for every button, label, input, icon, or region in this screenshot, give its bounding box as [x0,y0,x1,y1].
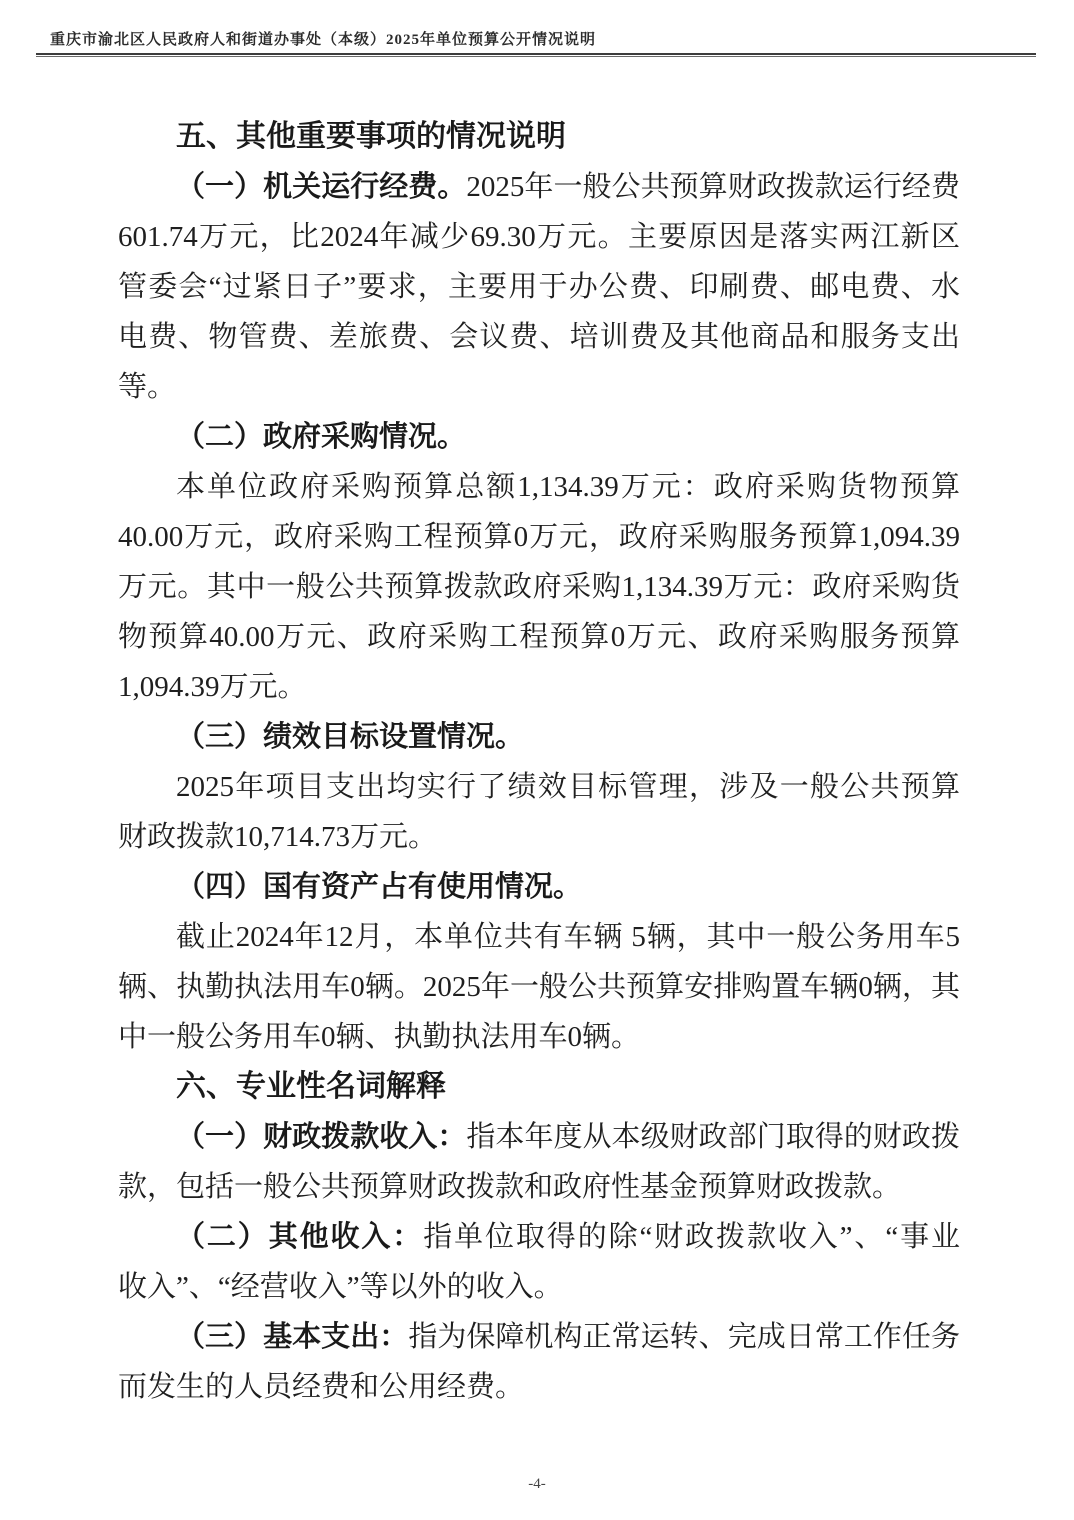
text-line: 辆、执勤执法用车0辆。2025年一般公共预算安排购置车辆0辆，其 [118,962,960,1012]
body-text: 截止2024年12月，本单位共有车辆 5辆，其中一般公务用车5 [176,921,960,953]
body-text: 指本年度从本级财政部门取得的财政拨 [466,1121,960,1153]
body-text: 指单位取得的除“财政拨款收入”、“事业 [423,1221,960,1253]
page-header: 重庆市渝北区人民政府人和街道办事处（本级）2025年单位预算公开情况说明 [50,28,1030,49]
emphasis-text: （二）其他收入： [176,1221,423,1253]
text-line: 本单位政府采购预算总额1,134.39万元：政府采购货物预算 [118,462,960,512]
section-heading: 五、其他重要事项的情况说明 [118,112,960,162]
page-footer: -4- [0,1476,1074,1493]
body-text: 2025年一般公共预算财政拨款运行经费 [466,171,960,203]
body-text: 本单位政府采购预算总额1,134.39万元：政府采购货物预算 [176,471,960,503]
text-line: 款，包括一般公共预算财政拨款和政府性基金预算财政拨款。 [118,1162,960,1212]
body-text: 电费、物管费、差旅费、会议费、培训费及其他商品和服务支出 [118,321,960,353]
text-line: 财政拨款10,714.73万元。 [118,812,960,862]
text-line: 2025年项目支出均实行了绩效目标管理，涉及一般公共预算 [118,762,960,812]
text-line: 物预算40.00万元、政府采购工程预算0万元、政府采购服务预算 [118,612,960,662]
body-text: 等。 [118,371,176,403]
text-line: （二）其他收入：指单位取得的除“财政拨款收入”、“事业 [118,1212,960,1262]
body-text: 收入”、“经营收入”等以外的收入。 [118,1271,563,1303]
text-line: （一）机关运行经费。2025年一般公共预算财政拨款运行经费 [118,162,960,212]
body-text: 中一般公务用车0辆、执勤执法用车0辆。 [118,1021,640,1053]
text-line: 40.00万元，政府采购工程预算0万元，政府采购服务预算1,094.39 [118,512,960,562]
body-text: 财政拨款10,714.73万元。 [118,821,437,853]
text-line: 等。 [118,362,960,412]
body-text: 而发生的人员经费和公用经费。 [118,1371,524,1403]
body-text: 1,094.39万元。 [118,671,307,703]
text-line: 中一般公务用车0辆、执勤执法用车0辆。 [118,1012,960,1062]
section-heading: 六、专业性名词解释 [118,1062,960,1112]
text-line: （一）财政拨款收入：指本年度从本级财政部门取得的财政拨 [118,1112,960,1162]
text-line: 1,094.39万元。 [118,662,960,712]
text-line: 而发生的人员经费和公用经费。 [118,1362,960,1412]
text-line: 电费、物管费、差旅费、会议费、培训费及其他商品和服务支出 [118,312,960,362]
body-text: 40.00万元，政府采购工程预算0万元，政府采购服务预算1,094.39 [118,521,960,553]
emphasis-text: （三）基本支出： [176,1321,408,1353]
body-text: 辆、执勤执法用车0辆。2025年一般公共预算安排购置车辆0辆，其 [118,971,960,1003]
text-line: （二）政府采购情况。 [118,412,960,462]
body-text: 601.74万元，比2024年减少69.30万元。主要原因是落实两江新区 [118,221,960,253]
emphasis-text: （四）国有资产占有使用情况。 [176,871,582,903]
text-line: 收入”、“经营收入”等以外的收入。 [118,1262,960,1312]
header-title: 重庆市渝北区人民政府人和街道办事处（本级）2025年单位预算公开情况说明 [50,32,596,48]
body-text: 指为保障机构正常运转、完成日常工作任务 [408,1321,960,1353]
text-line: 万元。其中一般公共预算拨款政府采购1,134.39万元：政府采购货 [118,562,960,612]
emphasis-text: （一）机关运行经费。 [176,171,466,203]
emphasis-text: （三）绩效目标设置情况。 [176,721,524,753]
text-line: （四）国有资产占有使用情况。 [118,862,960,912]
page-number: -4- [528,1476,546,1492]
emphasis-text: 六、专业性名词解释 [176,1070,446,1103]
body-text: 2025年项目支出均实行了绩效目标管理，涉及一般公共预算 [176,771,960,803]
document-page: 重庆市渝北区人民政府人和街道办事处（本级）2025年单位预算公开情况说明 五、其… [0,0,1074,1520]
document-body: 五、其他重要事项的情况说明（一）机关运行经费。2025年一般公共预算财政拨款运行… [118,112,960,1412]
emphasis-text: （二）政府采购情况。 [176,421,466,453]
text-line: （三）基本支出：指为保障机构正常运转、完成日常工作任务 [118,1312,960,1362]
text-line: （三）绩效目标设置情况。 [118,712,960,762]
body-text: 万元。其中一般公共预算拨款政府采购1,134.39万元：政府采购货 [118,571,960,603]
body-text: 款，包括一般公共预算财政拨款和政府性基金预算财政拨款。 [118,1171,901,1203]
body-text: 管委会“过紧日子”要求，主要用于办公费、印刷费、邮电费、水 [118,271,960,303]
header-rule [36,53,1036,57]
emphasis-text: （一）财政拨款收入： [176,1121,466,1153]
emphasis-text: 五、其他重要事项的情况说明 [176,120,566,153]
text-line: 截止2024年12月，本单位共有车辆 5辆，其中一般公务用车5 [118,912,960,962]
body-text: 物预算40.00万元、政府采购工程预算0万元、政府采购服务预算 [118,621,960,653]
text-line: 601.74万元，比2024年减少69.30万元。主要原因是落实两江新区 [118,212,960,262]
text-line: 管委会“过紧日子”要求，主要用于办公费、印刷费、邮电费、水 [118,262,960,312]
